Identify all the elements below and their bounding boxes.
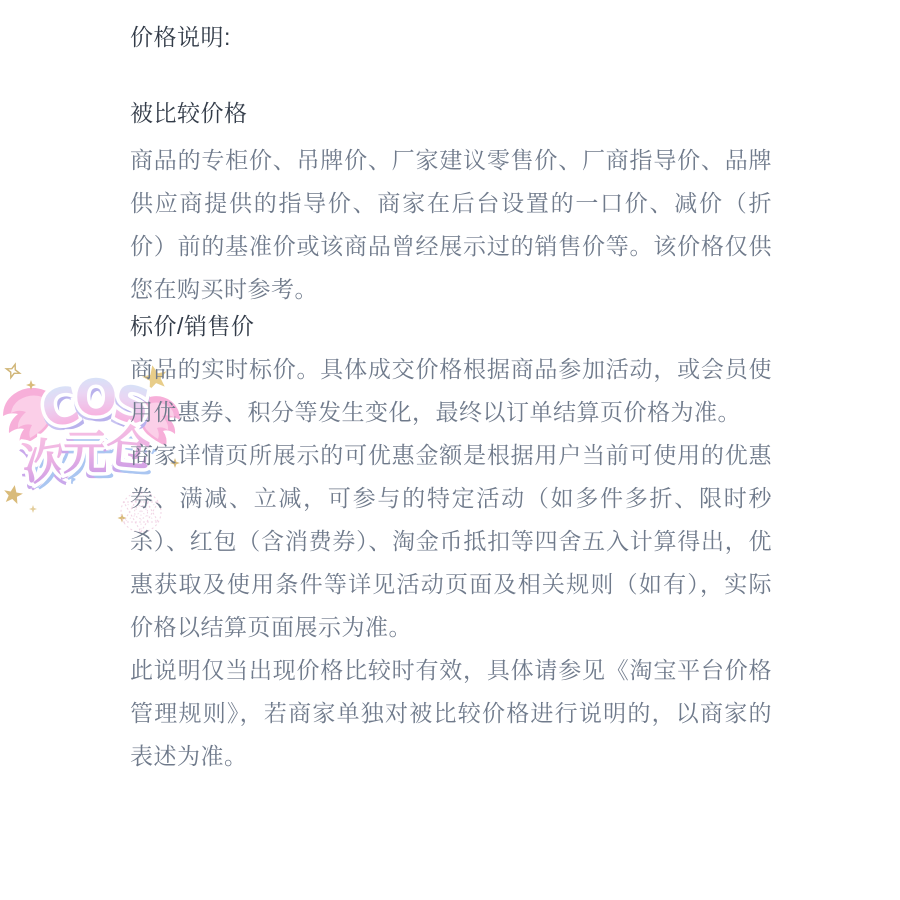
- price-explanation-page: CCOOSS 次次元元仓仓 价格说明: 被比较价格 商品的专柜价、吊牌价、厂家建…: [0, 0, 900, 900]
- watermark-letter-fill: 元: [63, 416, 106, 483]
- watermark-letter-fill: 次: [16, 422, 69, 495]
- page-title: 价格说明:: [130, 22, 772, 52]
- paragraph-compared-price: 商品的专柜价、吊牌价、厂家建议零售价、厂商指导价、品牌供应商提供的指导价、商家在…: [130, 139, 772, 311]
- sparkle-icon: [118, 514, 127, 523]
- section-heading-compared-price: 被比较价格: [130, 98, 772, 128]
- paragraph-validity-note: 此说明仅当出现价格比较时有效，具体请参见《淘宝平台价格管理规则》，若商家单独对被…: [130, 649, 772, 778]
- paragraph-discount-calculation: 商家详情页所展示的可优惠金额是根据用户当前可使用的优惠券、满减、立减，可参与的特…: [130, 434, 772, 649]
- sparkle-icon: [29, 505, 37, 513]
- star-icon: [4, 362, 22, 380]
- price-explanation-document: 价格说明: 被比较价格 商品的专柜价、吊牌价、厂家建议零售价、厂商指导价、品牌供…: [130, 22, 772, 778]
- paragraph-list-price: 商品的实时标价。具体成交价格根据商品参加活动，或会员使用优惠券、积分等发生变化，…: [130, 348, 772, 434]
- section-heading-list-price: 标价/销售价: [130, 311, 772, 341]
- star-icon: [2, 484, 24, 505]
